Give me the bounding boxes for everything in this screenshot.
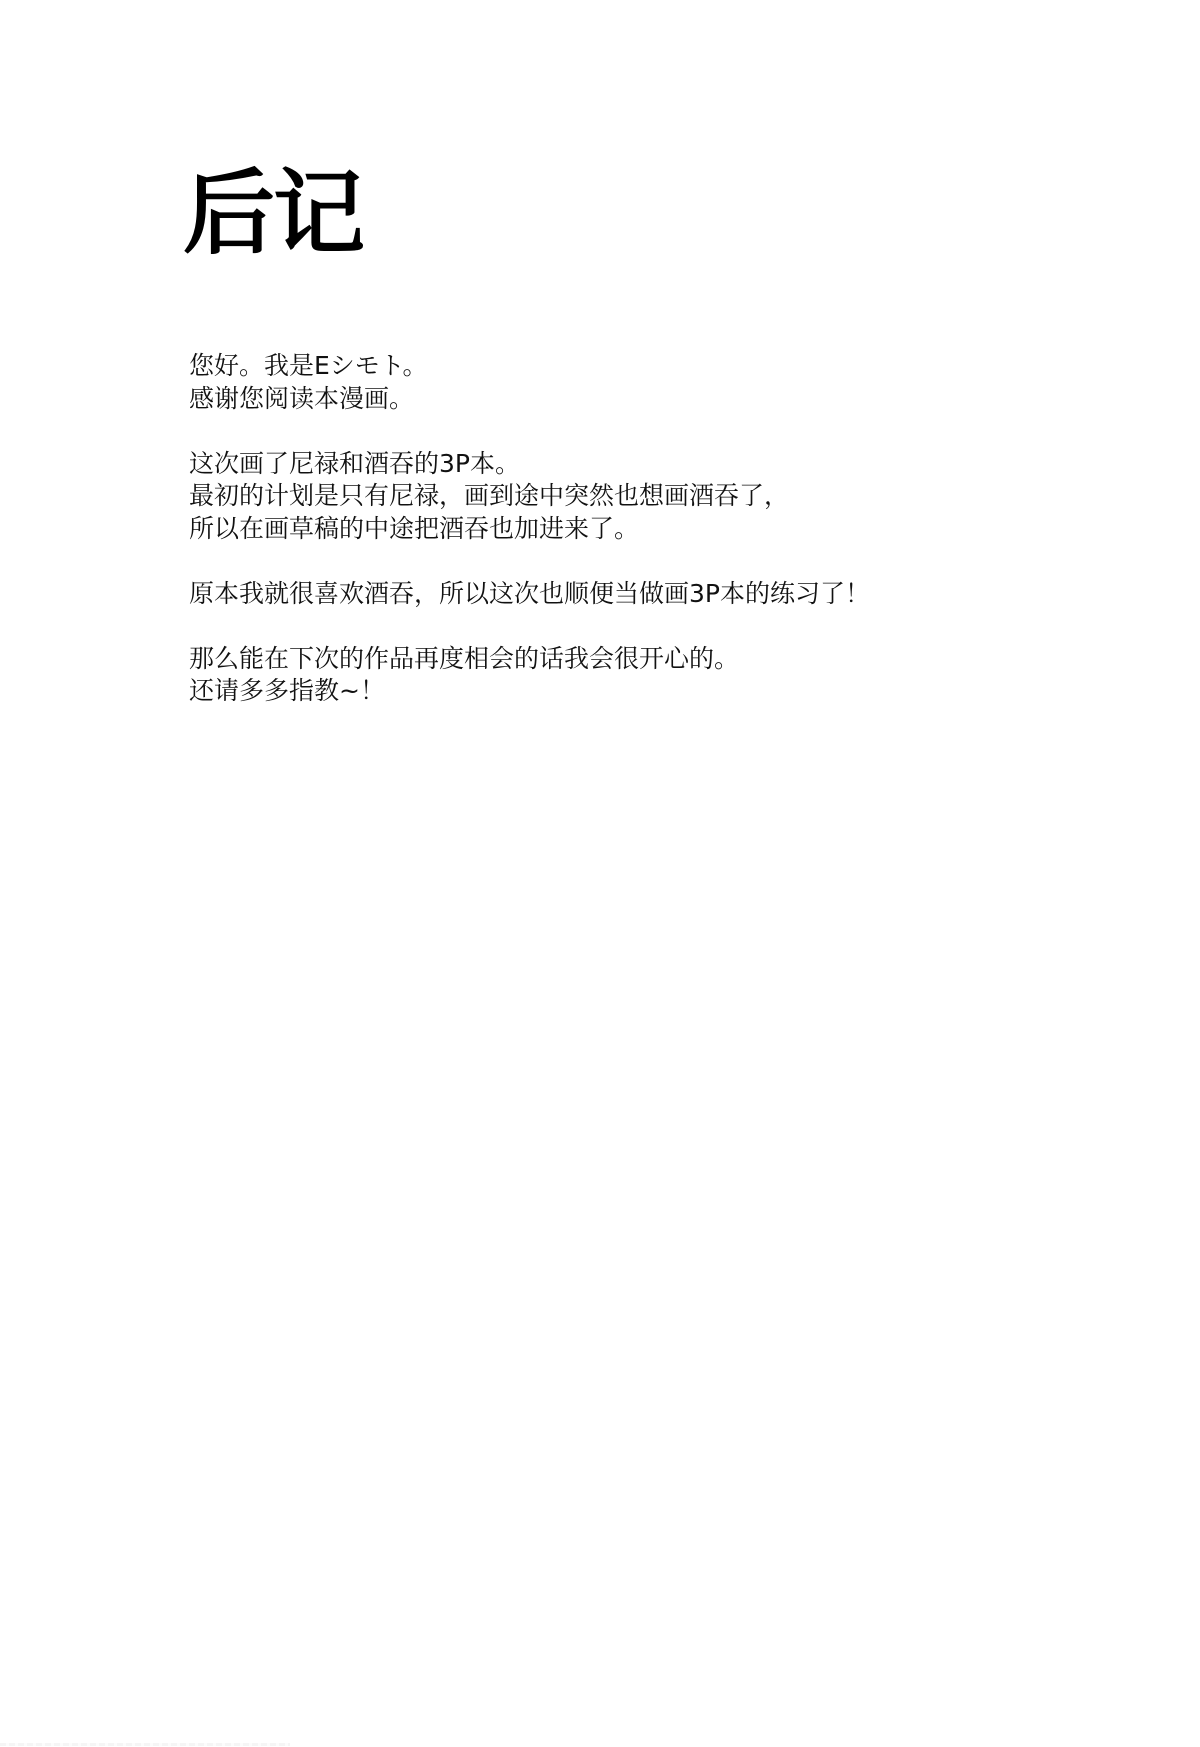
paragraph-spacer xyxy=(189,545,1089,578)
afterword-body: 您好。我是Eシモト。 感谢您阅读本漫画。 这次画了尼禄和酒吞的3P本。 最初的计… xyxy=(189,350,1089,708)
paragraph-spacer xyxy=(189,610,1089,643)
text-line: 还请多多指教~！ xyxy=(189,675,1089,708)
text-line: 最初的计划是只有尼禄，画到途中突然也想画酒吞了， xyxy=(189,480,1089,513)
text-line: 那么能在下次的作品再度相会的话我会很开心的。 xyxy=(189,643,1089,676)
paragraph-practice: 原本我就很喜欢酒吞，所以这次也顺便当做画3P本的练习了！ xyxy=(189,578,1089,611)
text-line: 原本我就很喜欢酒吞，所以这次也顺便当做画3P本的练习了！ xyxy=(189,578,1089,611)
paragraph-greeting: 您好。我是Eシモト。 感谢您阅读本漫画。 xyxy=(189,350,1089,415)
afterword-page: 后记 您好。我是Eシモト。 感谢您阅读本漫画。 这次画了尼禄和酒吞的3P本。 最… xyxy=(0,0,1200,1747)
paragraph-about-book: 这次画了尼禄和酒吞的3P本。 最初的计划是只有尼禄，画到途中突然也想画酒吞了， … xyxy=(189,448,1089,546)
text-line: 您好。我是Eシモト。 xyxy=(189,350,1089,383)
text-line: 感谢您阅读本漫画。 xyxy=(189,383,1089,416)
text-line: 这次画了尼禄和酒吞的3P本。 xyxy=(189,448,1089,481)
paragraph-closing: 那么能在下次的作品再度相会的话我会很开心的。 还请多多指教~！ xyxy=(189,643,1089,708)
text-line: 所以在画草稿的中途把酒吞也加进来了。 xyxy=(189,513,1089,546)
scan-edge-artifact xyxy=(0,1743,290,1746)
page-title: 后记 xyxy=(183,168,363,260)
paragraph-spacer xyxy=(189,415,1089,448)
